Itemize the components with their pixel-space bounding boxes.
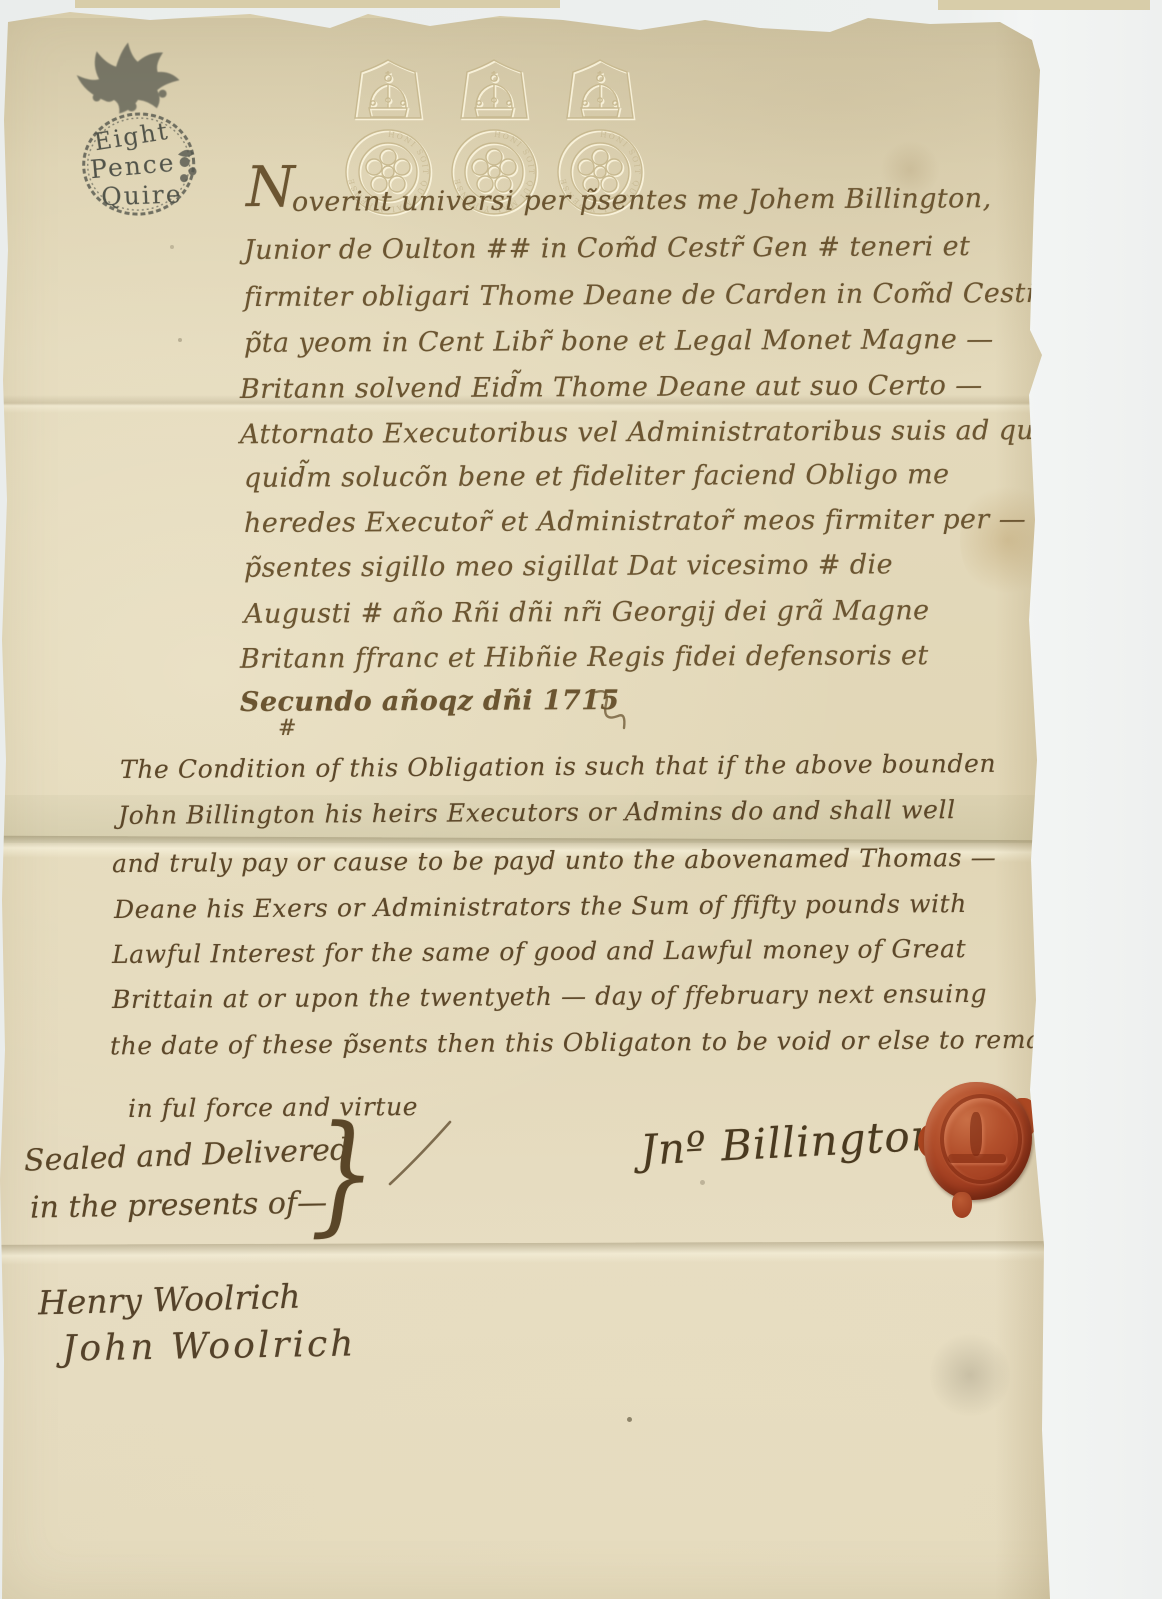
stamp-word-2: Pence [89,148,177,184]
ink-speck [700,1180,705,1185]
ink-speck [627,1417,632,1422]
latin-line: Secundo añoqz dñi 1715 [240,685,620,718]
signature-jn-billington: Jnº Billington [639,1110,940,1175]
wax-drip [952,1192,972,1218]
stamp-ornament-icon [178,149,198,182]
latin-line: Augusti # año Rñi dñi nr̃i Georgij dei g… [244,595,930,630]
condition-line: Deane his Exers or Administrators the Su… [114,889,967,924]
drop-initial: N [246,168,296,208]
manuscript-paper: Eight Pence Quire [0,0,1162,1599]
attestation-line-2: in the presents of— [30,1185,328,1225]
attestation-line-1: Sealed and Delivered [23,1132,349,1178]
witness-signature: John Woolrich [62,1323,357,1369]
condition-line: the date of these p̃sents then this Obli… [110,1025,1067,1061]
pen-flourish [590,688,630,734]
condition-line: Lawful Interest for the same of good and… [112,934,966,969]
torn-edge-shading [995,0,1050,1599]
ink-speck [178,338,182,342]
latin-line: Attornato Executoribus vel Administrator… [240,415,1077,450]
latin-line: overint universi per p̃sentes me Johem B… [292,183,992,218]
seal-impression-bar [948,1154,1006,1163]
seal-impression-figure [970,1112,982,1156]
witness-signature: Henry Woolrich [38,1277,301,1323]
latin-line: Junior de Oulton ## in Com̃d Cestr̃ Gen … [244,231,970,266]
fold-crease [0,1241,1050,1265]
latin-line: Britann solvend Eid̃m Thome Deane aut su… [240,370,983,405]
pen-flourish [388,1118,458,1188]
condition-line: and truly pay or cause to be payd unto t… [112,843,996,878]
condition-line: The Condition of this Obligation is such… [120,749,996,784]
scanned-document: Eight Pence Quire [0,0,1162,1599]
page-edge-sliver [75,0,560,8]
latin-line: firmiter obligari Thome Deane de Carden … [244,278,1039,313]
latin-line: p̃ta yeom in Cent Libr̃ bone et Legal Mo… [244,324,994,359]
attestation-brace: } [310,1097,376,1250]
latin-line: heredes Executor̃ et Administrator̃ meos… [244,504,1026,539]
stamp-word-3: Quire [101,180,183,212]
latin-line: Britann ffranc et Hibñie Regis fidei def… [240,640,929,675]
red-wax-seal [922,1080,1036,1214]
ink-speck [746,14,751,19]
latin-line: p̃sentes sigillo meo sigillat Dat vicesi… [244,549,893,583]
eight-pence-quire-stamp: Eight Pence Quire [40,29,236,239]
condition-line: John Billington his heirs Executors or A… [118,795,956,830]
condition-line: Brittain at or upon the twentyeth — day … [112,979,987,1014]
page-edge-sliver [938,0,1150,10]
latin-line: quid̃m solucõn bene et fideliter faciend… [244,459,950,494]
bird-crest-icon [74,38,182,117]
ink-speck [170,245,174,249]
caret-mark: # [278,716,296,741]
